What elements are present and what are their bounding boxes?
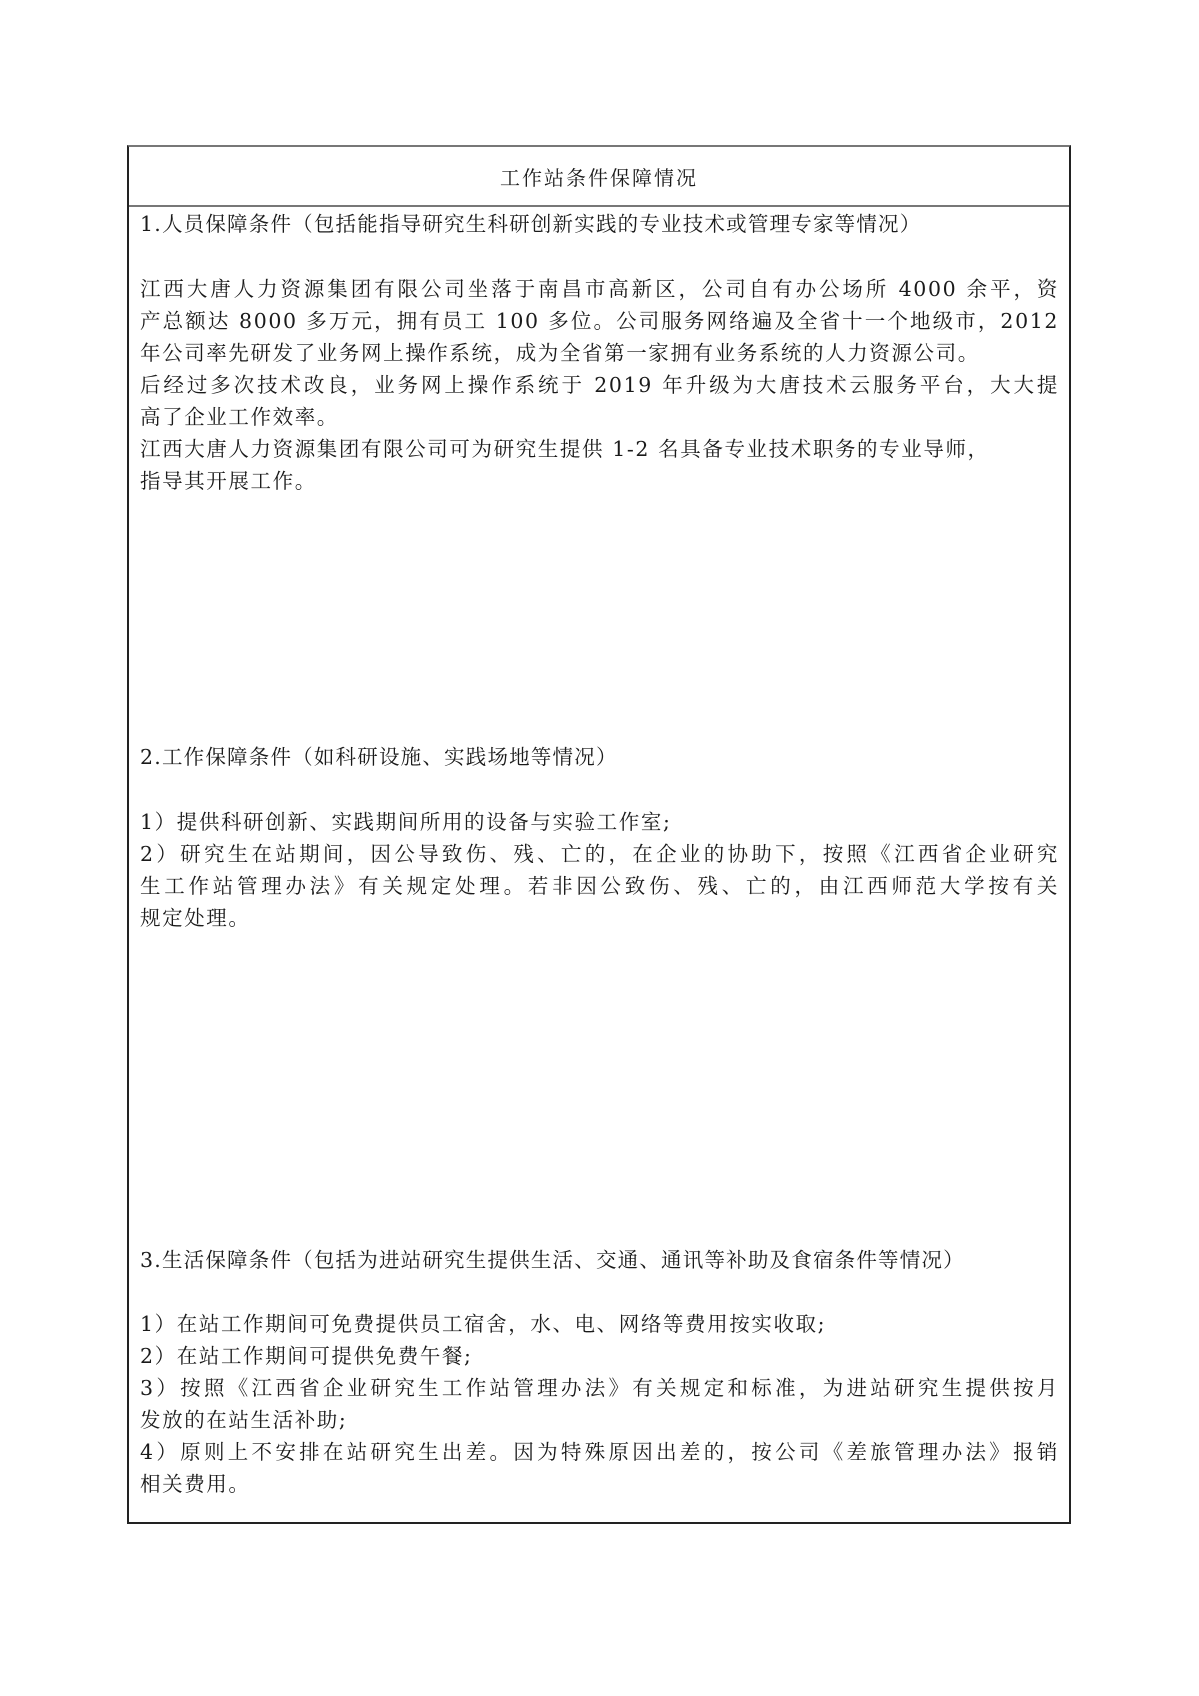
list-item: 1）提供科研创新、实践期间所用的设备与实验工作室; xyxy=(140,806,1059,838)
paragraph-line: 产总额达 8000 多万元，拥有员工 100 多位。公司服务网络遍及全省十一个地… xyxy=(140,305,1059,337)
conditions-table: 工作站条件保障情况 1.人员保障条件（包括能指导研究生科研创新实践的专业技术或管… xyxy=(127,145,1071,1524)
paragraph-line: 江西大唐人力资源集团有限公司坐落于南昌市高新区，公司自有办公场所 4000 余平… xyxy=(140,273,1059,305)
list-item: 发放的在站生活补助; xyxy=(140,1404,1059,1436)
table-title: 工作站条件保障情况 xyxy=(500,162,698,191)
list-item: 相关费用。 xyxy=(140,1468,1059,1500)
paragraph-line: 年公司率先研发了业务网上操作系统，成为全省第一家拥有业务系统的人力资源公司。 xyxy=(140,337,1059,369)
table-body-cell: 1.人员保障条件（包括能指导研究生科研创新实践的专业技术或管理专家等情况） 江西… xyxy=(129,207,1069,1522)
list-item: 规定处理。 xyxy=(140,902,1059,934)
list-item: 2）研究生在站期间，因公导致伤、残、亡的，在企业的协助下，按照《江西省企业研究 xyxy=(140,838,1059,870)
section-heading: 3.生活保障条件（包括为进站研究生提供生活、交通、通讯等补助及食宿条件等情况） xyxy=(140,1244,1059,1276)
list-item: 1）在站工作期间可免费提供员工宿舍，水、电、网络等费用按实收取; xyxy=(140,1308,1059,1340)
list-item: 2）在站工作期间可提供免费午餐; xyxy=(140,1340,1059,1372)
section-heading: 2.工作保障条件（如科研设施、实践场地等情况） xyxy=(140,741,1059,773)
list-item: 4）原则上不安排在站研究生出差。因为特殊原因出差的，按公司《差旅管理办法》报销 xyxy=(140,1436,1059,1468)
paragraph-line: 高了企业工作效率。 xyxy=(140,401,1059,433)
paragraph-line: 指导其开展工作。 xyxy=(140,465,1059,497)
section-heading: 1.人员保障条件（包括能指导研究生科研创新实践的专业技术或管理专家等情况） xyxy=(140,208,1059,240)
paragraph-line: 后经过多次技术改良，业务网上操作系统于 2019 年升级为大唐技术云服务平台，大… xyxy=(140,369,1059,401)
list-item: 生工作站管理办法》有关规定处理。若非因公致伤、残、亡的，由江西师范大学按有关 xyxy=(140,870,1059,902)
table-title-row: 工作站条件保障情况 xyxy=(129,147,1069,207)
list-item: 3）按照《江西省企业研究生工作站管理办法》有关规定和标准，为进站研究生提供按月 xyxy=(140,1372,1059,1404)
paragraph-line: 江西大唐人力资源集团有限公司可为研究生提供 1-2 名具备专业技术职务的专业导师… xyxy=(140,433,1059,465)
